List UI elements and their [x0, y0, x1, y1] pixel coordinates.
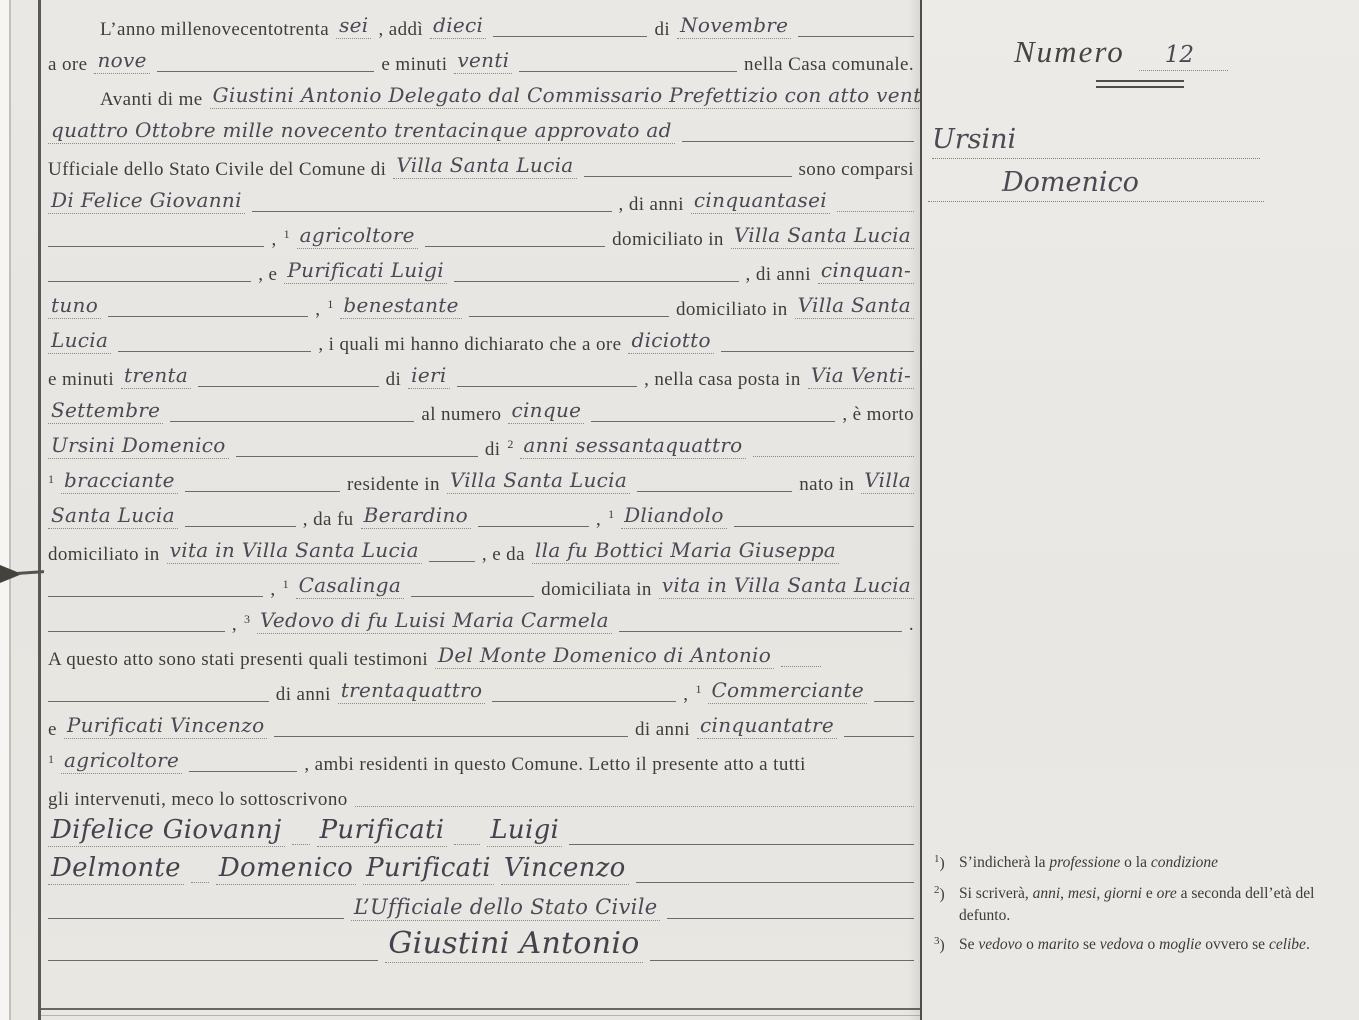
- blank-rule: [191, 880, 209, 883]
- handwritten-text: Purificati: [317, 815, 448, 847]
- blank-rule: [519, 69, 737, 72]
- footnotes-block: 1)S’indicherà la professione o la condiz…: [934, 852, 1348, 965]
- blank-rule: [189, 769, 297, 772]
- footnote-marker: 3): [934, 934, 959, 957]
- footnote-ref-mark: 1: [48, 752, 54, 767]
- margin-page: Numero 12 Ursini Domenico 1)S’indicherà …: [922, 0, 1359, 1020]
- blank-rule: [252, 209, 612, 212]
- act-line: e minutitrentadiieri, nella casa posta i…: [48, 360, 914, 395]
- blank-rule: [157, 69, 375, 72]
- printed-text: di: [654, 19, 670, 41]
- blank-rule: [493, 34, 647, 37]
- printed-text: ,: [271, 229, 276, 251]
- handwritten-text: Giustini Antonio: [385, 926, 642, 963]
- handwritten-text: agricoltore: [297, 223, 418, 249]
- handwritten-text: L’Ufficiale dello Stato Civile: [351, 895, 661, 921]
- blank-rule: [734, 524, 914, 527]
- handwritten-text: Berardino: [361, 503, 471, 529]
- act-line: Di Felice Giovanni, di annicinquantasei: [48, 185, 914, 220]
- blank-rule: [492, 699, 676, 702]
- printed-text: , di anni: [619, 194, 684, 216]
- blank-rule: [457, 384, 638, 387]
- footnote-ref-mark: 1: [283, 577, 289, 592]
- blank-rule: [721, 349, 914, 352]
- printed-text: di anni: [635, 719, 690, 741]
- handwritten-text: Purificati: [363, 853, 494, 885]
- footnote: 2)Si scriverà, anni, mesi, giorni e ore …: [934, 883, 1348, 926]
- handwritten-text: Purificati Vincenzo: [64, 713, 268, 739]
- printed-text: , da fu: [303, 509, 354, 531]
- act-line: Avanti di meGiustini Antonio Delegato da…: [48, 80, 914, 115]
- blank-rule: [682, 139, 914, 142]
- blank-rule: [591, 419, 835, 422]
- printed-text: A questo atto sono stati presenti quali …: [48, 649, 428, 671]
- act-line: Santa Lucia, da fuBerardino,1Dliandolo: [48, 500, 914, 535]
- printed-text: ,: [315, 299, 320, 321]
- blank-rule: [667, 916, 914, 919]
- blank-rule: [753, 454, 914, 457]
- blank-rule: [48, 244, 264, 247]
- blank-rule: [48, 594, 263, 597]
- handwritten-text: lla fu Bottici Maria Giuseppa: [532, 538, 839, 564]
- act-line: quattro Ottobre mille novecento trentaci…: [48, 115, 914, 150]
- blank-rule: [798, 34, 914, 37]
- handwritten-text: agricoltore: [61, 748, 182, 774]
- printed-text: nato in: [799, 474, 854, 496]
- footnote-marker: 1): [934, 852, 959, 875]
- handwritten-text: cinquantatre: [697, 713, 837, 739]
- blank-rule: [411, 594, 534, 597]
- footnote: 3)Se vedovo o marito se vedova o moglie …: [934, 934, 1348, 957]
- blank-rule: [650, 958, 914, 961]
- blank-rule: [170, 419, 414, 422]
- handwritten-text: Di Felice Giovanni: [48, 188, 245, 214]
- act-line: Ufficiale dello Stato Civile del Comune …: [48, 150, 914, 185]
- printed-text: L’anno millenovecentotrenta: [100, 19, 329, 41]
- blank-rule: [637, 489, 792, 492]
- handwritten-text: Villa Santa: [795, 293, 914, 319]
- act-line: ,3Vedovo di fu Luisi Maria Carmela.: [48, 605, 914, 640]
- blank-rule: [198, 384, 379, 387]
- printed-text: domiciliato in: [676, 299, 788, 321]
- handwritten-text: Difelice Giovannj: [48, 815, 285, 847]
- blank-rule: [469, 314, 669, 317]
- printed-text: al numero: [421, 404, 501, 426]
- printed-text: domiciliato in: [612, 229, 724, 251]
- act-line: 1agricoltore, ambi residenti in questo C…: [48, 745, 914, 780]
- printed-text: di anni: [276, 684, 331, 706]
- scan-edge-strip: [0, 0, 9, 1020]
- death-record-scan: L’anno millenovecentotrentasei, addìdiec…: [0, 0, 1359, 1020]
- footnote-text: Se vedovo o marito se vedova o moglie ov…: [959, 934, 1348, 957]
- blank-rule: [636, 880, 914, 883]
- footnote: 1)S’indicherà la professione o la condiz…: [934, 852, 1348, 875]
- handwritten-text: Domenico: [216, 853, 356, 885]
- printed-text: gli intervenuti, meco lo sottoscrivono: [48, 789, 348, 811]
- blank-rule: [429, 559, 475, 562]
- handwritten-text: Novembre: [677, 13, 791, 39]
- handwritten-text: dieci: [430, 13, 486, 39]
- blank-rule: [355, 804, 914, 807]
- printed-text: , e da: [482, 544, 525, 566]
- footnote-ref-mark: 1: [695, 682, 701, 697]
- act-text-body: L’anno millenovecentotrentasei, addìdiec…: [48, 10, 914, 969]
- blank-rule: [478, 524, 589, 527]
- handwritten-text: Delmonte: [48, 853, 184, 885]
- printed-text: e: [48, 719, 57, 741]
- handwritten-text: Commerciante: [708, 678, 867, 704]
- handwritten-text: Giustini Antonio Delegato dal Commissari…: [210, 83, 932, 109]
- footnote-text: Si scriverà, anni, mesi, giorni e ore a …: [959, 883, 1348, 926]
- printed-text: ,: [596, 509, 601, 531]
- footnote-ref-mark: 1: [327, 297, 333, 312]
- handwritten-text: quattro Ottobre mille novecento trentaci…: [48, 118, 675, 144]
- handwritten-text: Vedovo di fu Luisi Maria Carmela: [257, 608, 612, 634]
- act-line: Settembreal numerocinque, è morto: [48, 395, 914, 430]
- printed-text: ,: [683, 684, 688, 706]
- blank-rule: [569, 842, 914, 845]
- blank-rule: [292, 842, 310, 845]
- handwritten-text: Via Venti-: [808, 363, 914, 389]
- blank-rule: [48, 958, 378, 961]
- printed-text: , addì: [378, 19, 423, 41]
- blank-rule: [48, 279, 251, 282]
- act-line: ePurificati Vincenzodi annicinquantatre: [48, 710, 914, 745]
- handwritten-text: Del Monte Domenico di Antonio: [435, 643, 774, 669]
- handwritten-text: cinque: [508, 398, 584, 424]
- act-line: ,1agricoltoredomiciliato inVilla Santa L…: [48, 220, 914, 255]
- handwritten-text: anni sessantaquattro: [520, 433, 745, 459]
- deceased-surname: Ursini: [932, 124, 1260, 159]
- handwritten-text: Ursini Domenico: [48, 433, 229, 459]
- handwritten-text: Purificati Luigi: [284, 258, 447, 284]
- handwritten-text: Villa Santa Lucia: [731, 223, 914, 249]
- printed-text: di: [485, 439, 501, 461]
- handwritten-text: tuno: [48, 293, 101, 319]
- handwritten-text: cinquan-: [818, 258, 914, 284]
- blank-rule: [425, 244, 605, 247]
- blank-rule: [118, 349, 311, 352]
- handwritten-text: sei: [336, 13, 371, 39]
- blank-rule: [584, 174, 792, 177]
- handwritten-text: Casalinga: [296, 573, 405, 599]
- handwritten-text: bracciante: [61, 468, 178, 494]
- act-line: L’anno millenovecentotrentasei, addìdiec…: [48, 10, 914, 45]
- printed-text: a ore: [48, 54, 87, 76]
- act-page-bottom-edge: [41, 1015, 920, 1016]
- act-line: ,1Casalingadomiciliata invita in Villa S…: [48, 570, 914, 605]
- handwritten-text: Vincenzo: [501, 853, 629, 885]
- act-line: Giustini Antonio: [48, 927, 914, 969]
- printed-text: , ambi residenti in questo Comune. Letto…: [304, 754, 805, 776]
- numero-row: Numero 12: [1014, 34, 1359, 71]
- footnote-ref-mark: 1: [608, 507, 614, 522]
- printed-text: di: [386, 369, 402, 391]
- footnote-ref-mark: 2: [507, 437, 513, 452]
- footnote-ref-mark: 1: [284, 227, 290, 242]
- act-line: L’Ufficiale dello Stato Civile: [48, 891, 914, 927]
- act-line: Lucia, i quali mi hanno dichiarato che a…: [48, 325, 914, 360]
- act-line: DelmonteDomenicoPurificatiVincenzo: [48, 853, 914, 891]
- blank-rule: [236, 454, 478, 457]
- printed-text: Ufficiale dello Stato Civile del Comune …: [48, 159, 386, 181]
- handwritten-text: Villa Santa Lucia: [447, 468, 630, 494]
- blank-rule: [454, 279, 739, 282]
- printed-text: nella Casa comunale.: [744, 54, 914, 76]
- blank-rule: [837, 209, 914, 212]
- handwritten-text: Villa Santa Lucia: [393, 153, 576, 179]
- footnote-marker: 2): [934, 883, 959, 926]
- handwritten-text: trentaquattro: [338, 678, 485, 704]
- blank-rule: [108, 314, 308, 317]
- act-line: A questo atto sono stati presenti quali …: [48, 640, 914, 675]
- printed-text: , di anni: [746, 264, 811, 286]
- handwritten-text: venti: [454, 48, 512, 74]
- act-line: Difelice GiovannjPurificatiLuigi: [48, 815, 914, 853]
- blank-rule: [844, 734, 914, 737]
- footnote-text: S’indicherà la professione o la condizio…: [959, 852, 1348, 875]
- footnote-ref-mark: 3: [244, 612, 250, 627]
- printed-text: , e: [258, 264, 277, 286]
- printed-text: , nella casa posta in: [644, 369, 801, 391]
- printed-text: , i quali mi hanno dichiarato che a ore: [318, 334, 621, 356]
- act-page-left-border: [38, 0, 41, 1020]
- blank-rule: [48, 699, 269, 702]
- handwritten-text: diciotto: [628, 328, 713, 354]
- act-page: L’anno millenovecentotrentasei, addìdiec…: [11, 0, 920, 1020]
- handwritten-text: Lucia: [48, 328, 111, 354]
- handwritten-text: Dliandolo: [621, 503, 727, 529]
- printed-text: residente in: [347, 474, 440, 496]
- handwritten-text: trenta: [121, 363, 191, 389]
- handwritten-text: nove: [94, 48, 149, 74]
- numero-double-rule: [1096, 80, 1184, 88]
- handwritten-text: Santa Lucia: [48, 503, 178, 529]
- blank-rule: [185, 524, 296, 527]
- act-line: domiciliato invita in Villa Santa Lucia,…: [48, 535, 914, 570]
- printed-text: , è morto: [842, 404, 914, 426]
- printed-text: ,: [232, 614, 237, 636]
- printed-text: e minuti: [48, 369, 114, 391]
- act-line: gli intervenuti, meco lo sottoscrivono: [48, 780, 914, 815]
- footnote-ref-mark: 1: [48, 472, 54, 487]
- page-fold-shadow: [908, 0, 920, 1020]
- handwritten-text: Luigi: [487, 815, 562, 847]
- printed-text: domiciliata in: [541, 579, 652, 601]
- act-line: a orenovee minutiventinella Casa comunal…: [48, 45, 914, 80]
- act-line: Ursini Domenicodi2anni sessantaquattro: [48, 430, 914, 465]
- act-line: tuno,1benestantedomiciliato inVilla Sant…: [48, 290, 914, 325]
- blank-rule: [274, 734, 628, 737]
- act-line: , ePurificati Luigi, di annicinquan-: [48, 255, 914, 290]
- printed-text: sono comparsi: [799, 159, 915, 181]
- handwritten-text: Villa: [861, 468, 914, 494]
- handwritten-text: ieri: [408, 363, 449, 389]
- blank-rule: [781, 664, 821, 667]
- printed-text: Avanti di me: [100, 89, 203, 111]
- handwritten-text: vita in Villa Santa Lucia: [659, 573, 914, 599]
- handwritten-text: Settembre: [48, 398, 163, 424]
- act-line: 1braccianteresidente inVilla Santa Lucia…: [48, 465, 914, 500]
- blank-rule: [185, 489, 340, 492]
- blank-rule: [48, 916, 344, 919]
- deceased-firstname: Domenico: [928, 167, 1264, 202]
- act-line: di annitrentaquattro,1Commerciante: [48, 675, 914, 710]
- numero-label: Numero: [1014, 34, 1125, 70]
- printed-text: e minuti: [381, 54, 447, 76]
- printed-text: ,: [270, 579, 275, 601]
- handwritten-text: cinquantasei: [691, 188, 830, 214]
- blank-rule: [619, 629, 902, 632]
- blank-rule: [48, 629, 225, 632]
- handwritten-text: benestante: [340, 293, 461, 319]
- act-page-bottom-border: [41, 1008, 920, 1010]
- blank-rule: [454, 842, 480, 845]
- printed-text: domiciliato in: [48, 544, 160, 566]
- numero-value: 12: [1139, 42, 1228, 71]
- handwritten-text: vita in Villa Santa Lucia: [167, 538, 422, 564]
